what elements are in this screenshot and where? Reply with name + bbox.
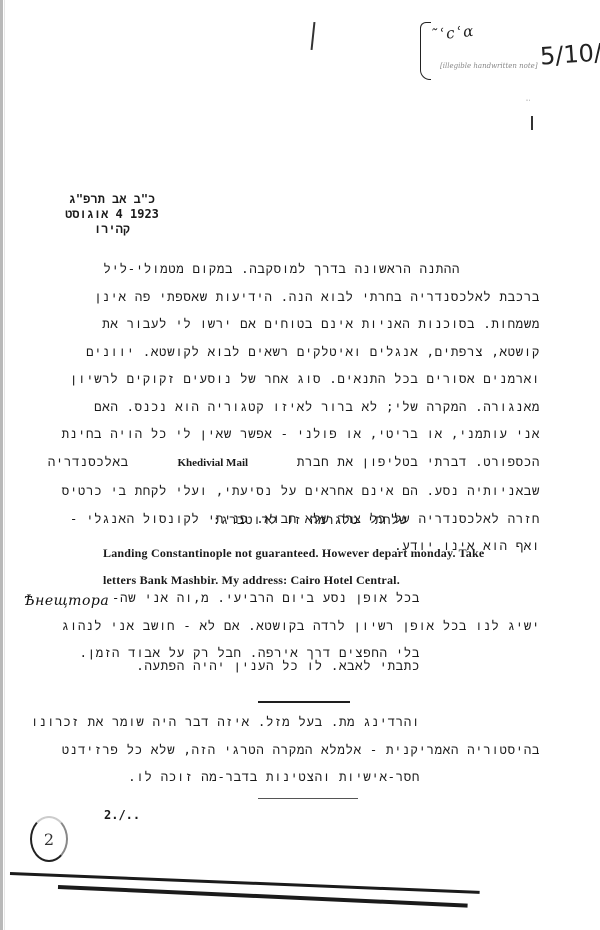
company-name: Khedivial Mail — [177, 457, 248, 469]
text-line: מאנגורה. המקרה שלי; לא ברור לאיזו קטגורי… — [90, 393, 540, 421]
handwritten-mark-dots: ׄ ׄ ׄ — [527, 100, 532, 111]
section-divider — [258, 701, 350, 703]
text-line: והרדינג מת. בעל מזל. איזה דבר היה שומר א… — [80, 708, 540, 736]
telegram-intro: שלחתי טלגרמה זו לרוטברג: — [200, 512, 420, 528]
paragraph-4: והרדינג מת. בעל מזל. איזה דבר היה שומר א… — [80, 708, 540, 791]
line-text: הכספורט. דברתי בטליפון את חברת — [297, 454, 540, 469]
text-line: כתבתי לאבא. לו כל הענין יהיה הפתעה. — [80, 652, 540, 680]
text-line-with-company: הכספורט. דברתי בטליפון את חברת Khedivial… — [90, 448, 540, 478]
handwritten-annotation: ˜ʿcʿɑ [illegible handwritten note] 5/10/… — [420, 18, 600, 88]
text-line: בהיסטוריה האמריקנית - אלמלא המקרה הטרגי … — [80, 736, 540, 764]
letter-header: כ"ב אב תרפ"ג 1923 4 אוגוסט קהירו — [52, 192, 172, 237]
continuation-mark: 2./.. — [104, 808, 140, 822]
text-line: בכל אופן נסע ביום הרביעי. מ,וה אני שה- — [80, 584, 540, 612]
text-line: ברכבת לאלכסנדריה בחרתי לבוא הנה. הידיעות… — [90, 283, 540, 311]
section-divider — [258, 798, 358, 799]
line-text-tail: באלכסנדריה — [48, 454, 129, 469]
scan-smudge — [10, 872, 480, 894]
handwritten-mark-stroke — [531, 116, 533, 130]
handwritten-date: 5/10/2 — [539, 37, 600, 70]
text-line: וארמנים אסורים בכל התנאים. סוג אחר של נו… — [90, 365, 540, 393]
paragraph-3: כתבתי לאבא. לו כל הענין יהיה הפתעה. — [80, 652, 540, 680]
handwritten-mark: ׄ ׄ ׄ — [527, 100, 567, 140]
page-number-stamp: 2 — [30, 816, 68, 862]
page-left-edge — [0, 0, 3, 930]
text-line: משמחות. בסוכנות האניות אינם בטוחים אם יר… — [90, 310, 540, 338]
page-left-edge-shadow — [4, 0, 5, 930]
telegram-line: Landing Constantinople not guaranteed. H… — [103, 540, 543, 567]
text-line: ההתנה הראשונה בדרך למוסקבה. במקום מטמולי… — [90, 255, 540, 283]
text-line: אני עותמני, או בריטי, או פולני - אפשר שא… — [90, 420, 540, 448]
text-line: חסר-אישיות והצטינות בדבר-מה זוכה לו. — [80, 763, 540, 791]
gregorian-date: 1923 4 אוגוסט — [52, 207, 172, 222]
place: קהירו — [52, 222, 172, 237]
text-line: שבאניותיה נסע. הם אינם אחראים על נסיעתי,… — [90, 477, 540, 505]
handwritten-note-illegible: [illegible handwritten note] — [440, 62, 538, 70]
text-line: קושטא, צרפתים, אנגלים ואיטלקים רשאים לבו… — [90, 338, 540, 366]
hebrew-date: כ"ב אב תרפ"ג — [52, 192, 172, 207]
handwritten-stroke — [311, 22, 316, 50]
text-line: ישיג לנו בכל אופן רשיון לרדה בקושטא. אם … — [80, 612, 540, 640]
handwritten-note-text: ˜ʿcʿɑ — [429, 22, 476, 45]
page-number: 2 — [44, 830, 54, 849]
